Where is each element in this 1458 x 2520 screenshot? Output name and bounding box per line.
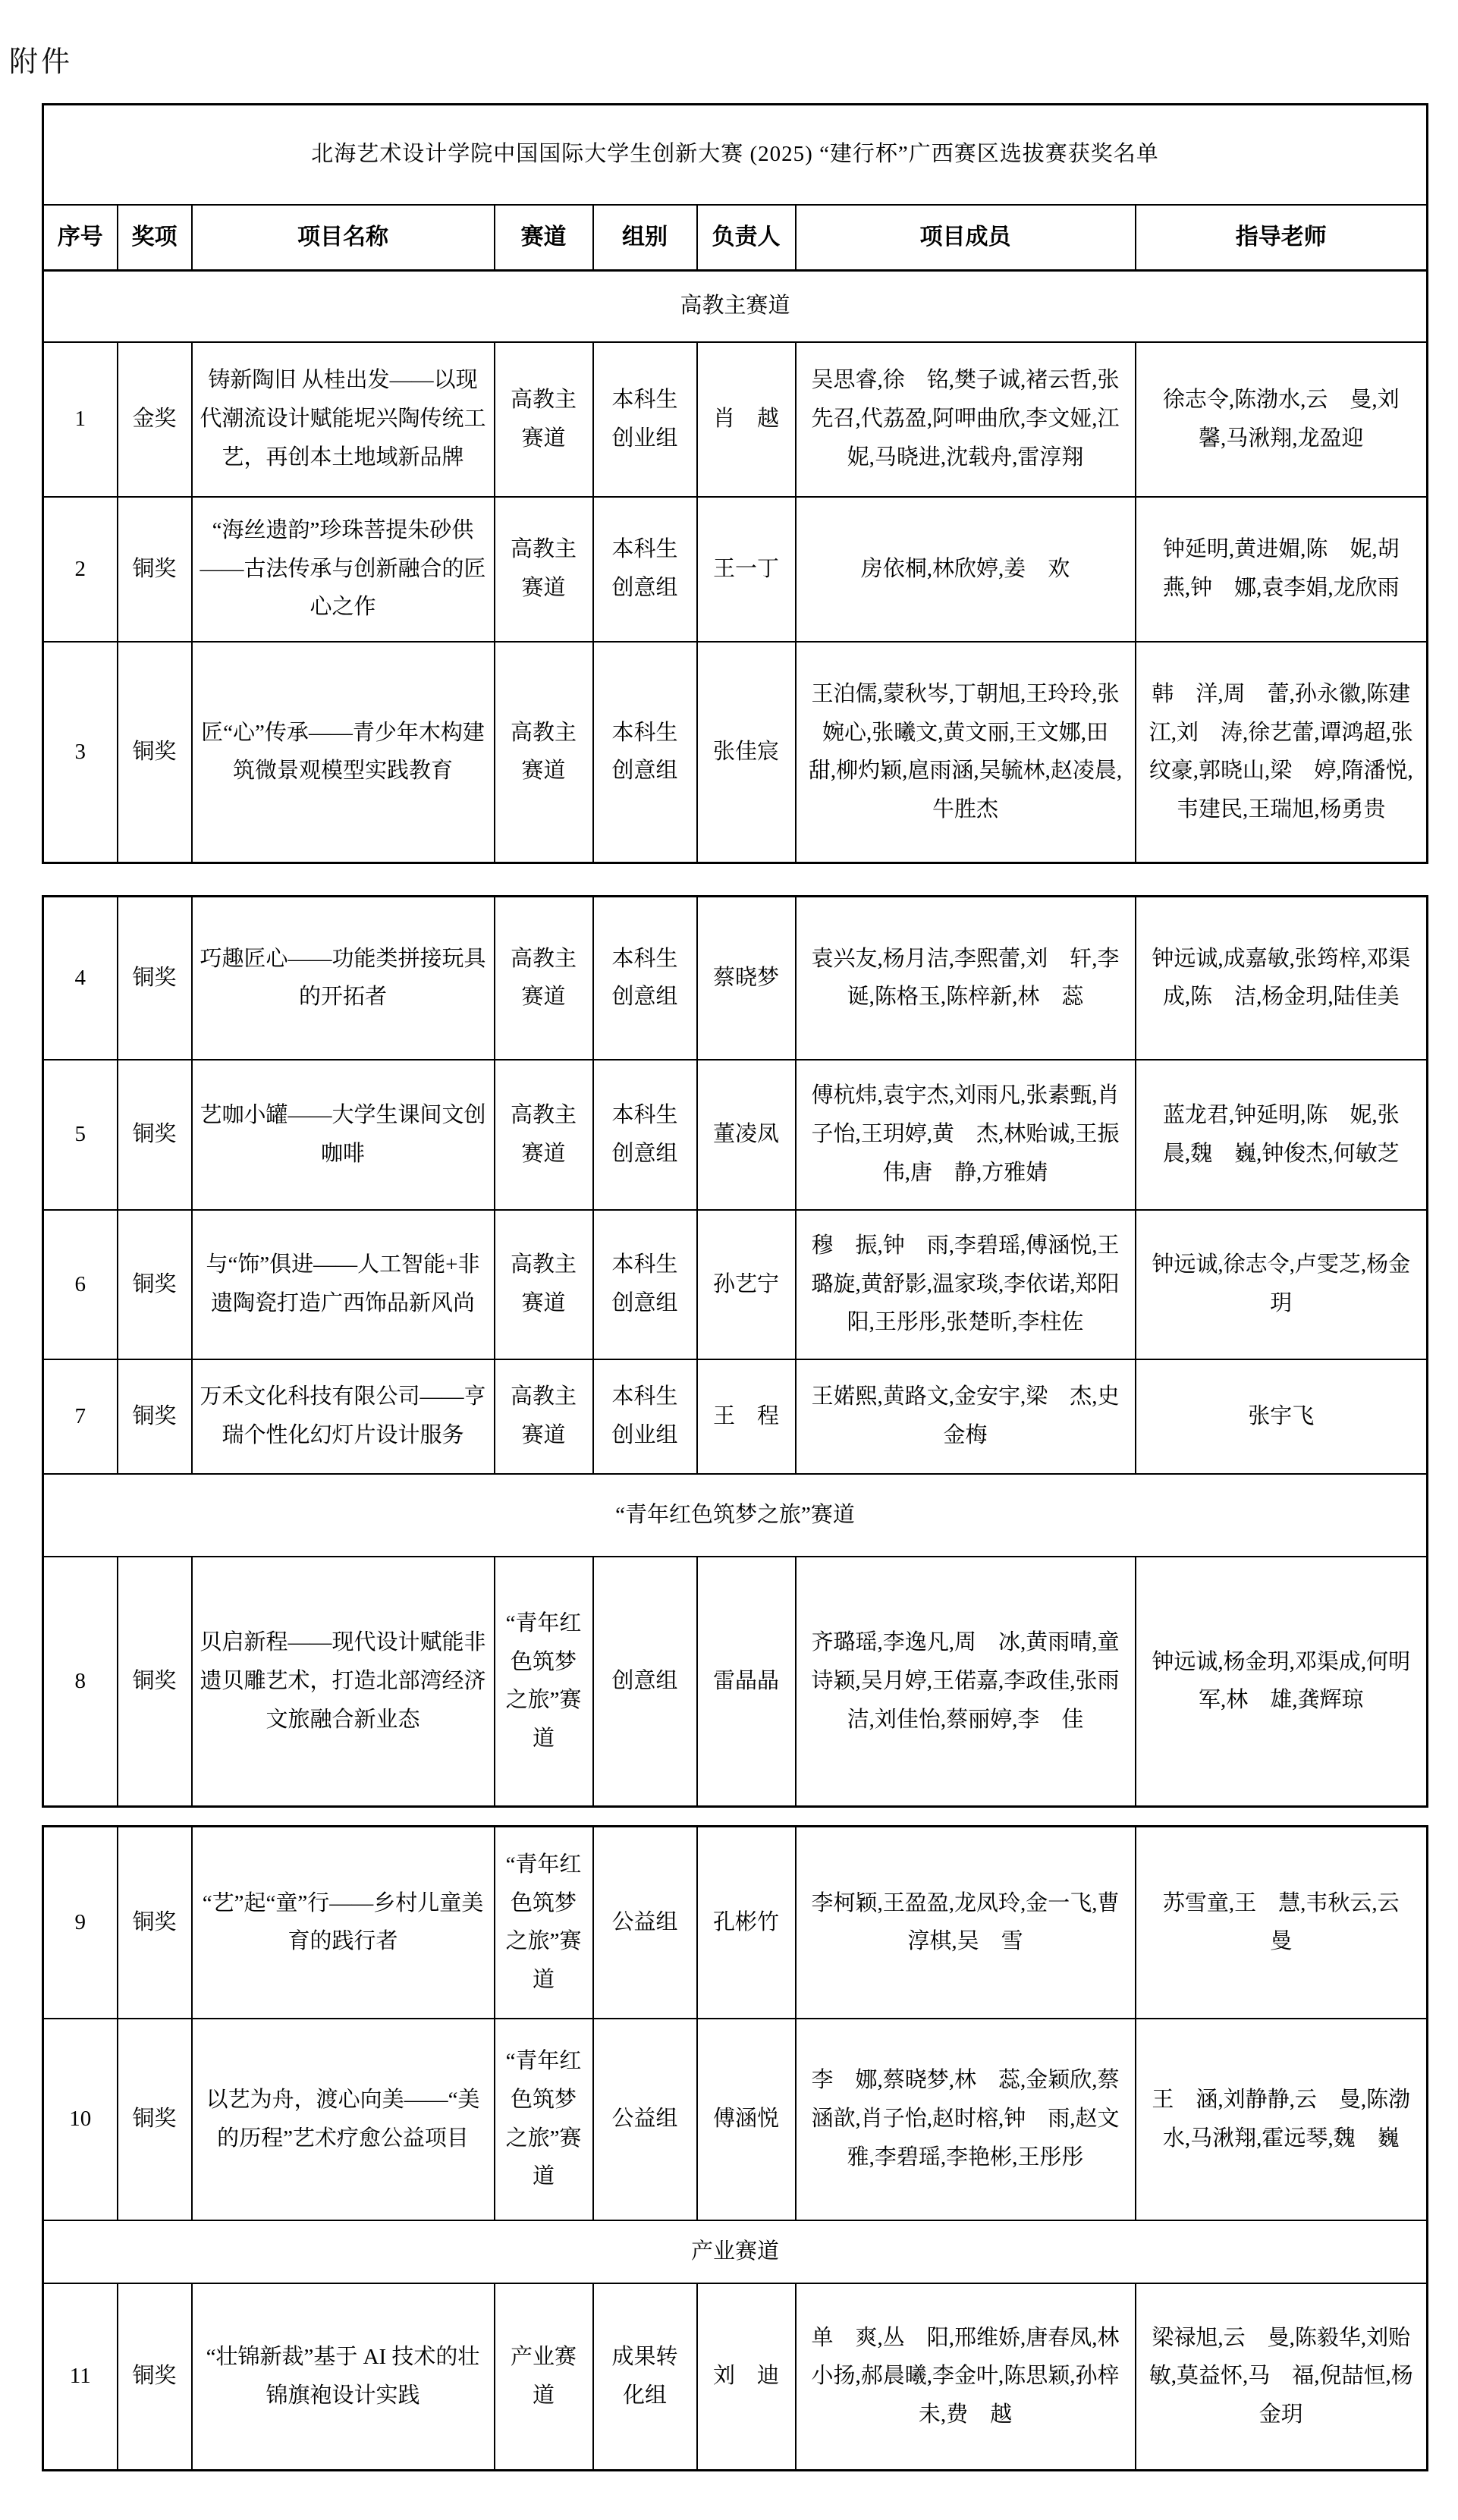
cell-track: 高教主赛道 (495, 1359, 593, 1474)
cell-advisors: 钟延明,黄进媚,陈 妮,胡 燕,钟 娜,袁李娟,龙欣雨 (1136, 497, 1428, 642)
column-header: 奖项 (118, 205, 192, 271)
cell-track: 高教主赛道 (495, 897, 593, 1060)
cell-members: 单 爽,丛 阳,邢维娇,唐春凤,林小扬,郝晨曦,李金叶,陈思颖,孙梓未,费 越 (796, 2283, 1136, 2471)
cell-project: 巧趣匠心——功能类拼接玩具的开拓者 (192, 897, 495, 1060)
cell-no: 9 (43, 1827, 118, 2019)
cell-award: 金奖 (118, 342, 192, 497)
cell-track: “青年红色筑梦之旅”赛道 (495, 2019, 593, 2220)
cell-track: 高教主赛道 (495, 1210, 593, 1359)
cell-award: 铜奖 (118, 897, 192, 1060)
cell-project: 艺咖小罐——大学生课间文创咖啡 (192, 1060, 495, 1210)
cell-members: 李 娜,蔡晓梦,林 蕊,金颖欣,蔡涵歆,肖子怡,赵时榕,钟 雨,赵文雅,李碧瑶,… (796, 2019, 1136, 2220)
cell-group: 本科生创意组 (593, 1060, 697, 1210)
cell-no: 8 (43, 1557, 118, 1807)
cell-leader: 董凌凤 (697, 1060, 796, 1210)
cell-project: “艺”起“童”行——乡村儿童美育的践行者 (192, 1827, 495, 2019)
cell-group: 公益组 (593, 1827, 697, 2019)
cell-no: 2 (43, 497, 118, 642)
attachment-label: 附件 (9, 38, 73, 80)
cell-award: 铜奖 (118, 497, 192, 642)
cell-no: 3 (43, 642, 118, 863)
cell-advisors: 钟远诚,成嘉敏,张筠梓,邓渠成,陈 洁,杨金玥,陆佳美 (1136, 897, 1428, 1060)
cell-leader: 雷晶晶 (697, 1557, 796, 1807)
cell-advisors: 徐志令,陈渤水,云 曼,刘 馨,马湫翔,龙盈迎 (1136, 342, 1428, 497)
awards-table-segment-2: 4铜奖巧趣匠心——功能类拼接玩具的开拓者高教主赛道本科生创意组蔡晓梦袁兴友,杨月… (42, 895, 1428, 1808)
cell-leader: 孔彬竹 (697, 1827, 796, 2019)
cell-project: 以艺为舟，渡心向美——“美的历程”艺术疗愈公益项目 (192, 2019, 495, 2220)
table-row: 8铜奖贝启新程——现代设计赋能非遗贝雕艺术，打造北部湾经济文旅融合新业态“青年红… (43, 1557, 1428, 1807)
cell-group: 本科生创意组 (593, 642, 697, 863)
column-header: 赛道 (495, 205, 593, 271)
awards-table-segment-3: 9铜奖“艺”起“童”行——乡村儿童美育的践行者“青年红色筑梦之旅”赛道公益组孔彬… (42, 1825, 1428, 2471)
cell-project: 贝启新程——现代设计赋能非遗贝雕艺术，打造北部湾经济文旅融合新业态 (192, 1557, 495, 1807)
cell-track: 高教主赛道 (495, 1060, 593, 1210)
table-row: 2铜奖“海丝遗韵”珍珠菩提朱砂供——古法传承与创新融合的匠心之作高教主赛道本科生… (43, 497, 1428, 642)
cell-project: 铸新陶旧 从桂出发——以现代潮流设计赋能坭兴陶传统工艺，再创本土地域新品牌 (192, 342, 495, 497)
section-row: “青年红色筑梦之旅”赛道 (43, 1474, 1428, 1557)
table-row: 6铜奖与“饰”俱进——人工智能+非遗陶瓷打造广西饰品新风尚高教主赛道本科生创意组… (43, 1210, 1428, 1359)
cell-group: 本科生创业组 (593, 342, 697, 497)
cell-award: 铜奖 (118, 1210, 192, 1359)
table-row: 1金奖铸新陶旧 从桂出发——以现代潮流设计赋能坭兴陶传统工艺，再创本土地域新品牌… (43, 342, 1428, 497)
cell-advisors: 梁禄旭,云 曼,陈毅华,刘贻敏,莫益怀,马 福,倪喆恒,杨金玥 (1136, 2283, 1428, 2471)
cell-advisors: 韩 洋,周 蕾,孙永徽,陈建江,刘 涛,徐艺蕾,谭鸿超,张纹豪,郭晓山,梁 婷,… (1136, 642, 1428, 863)
cell-track: 高教主赛道 (495, 342, 593, 497)
cell-track: 高教主赛道 (495, 642, 593, 863)
cell-no: 5 (43, 1060, 118, 1210)
column-header-row: 序号奖项项目名称赛道组别负责人项目成员指导老师 (43, 205, 1428, 271)
cell-leader: 蔡晓梦 (697, 897, 796, 1060)
cell-group: 创意组 (593, 1557, 697, 1807)
cell-members: 吴思睿,徐 铭,樊子诚,褚云哲,张先召,代荔盈,阿呷曲欣,李文娅,江 妮,马晓进… (796, 342, 1136, 497)
column-header: 指导老师 (1136, 205, 1428, 271)
section-row: 产业赛道 (43, 2220, 1428, 2283)
cell-group: 成果转化组 (593, 2283, 697, 2471)
cell-award: 铜奖 (118, 2019, 192, 2220)
cell-members: 王泊儒,蒙秋岑,丁朝旭,王玲玲,张婉心,张曦文,黄文丽,王文娜,田 甜,柳灼颖,… (796, 642, 1136, 863)
cell-award: 铜奖 (118, 2283, 192, 2471)
cell-track: 高教主赛道 (495, 497, 593, 642)
cell-leader: 孙艺宁 (697, 1210, 796, 1359)
cell-no: 6 (43, 1210, 118, 1359)
section-label: “青年红色筑梦之旅”赛道 (43, 1474, 1428, 1557)
column-header: 负责人 (697, 205, 796, 271)
table-title: 北海艺术设计学院中国国际大学生创新大赛 (2025) “建行杯”广西赛区选拔赛获… (43, 105, 1428, 205)
cell-no: 1 (43, 342, 118, 497)
section-label: 产业赛道 (43, 2220, 1428, 2283)
cell-members: 王婼熙,黄路文,金安宇,梁 杰,史金梅 (796, 1359, 1136, 1474)
cell-group: 本科生创意组 (593, 897, 697, 1060)
table-row: 5铜奖艺咖小罐——大学生课间文创咖啡高教主赛道本科生创意组董凌凤傅杭炜,袁宇杰,… (43, 1060, 1428, 1210)
cell-leader: 王一丁 (697, 497, 796, 642)
cell-project: 与“饰”俱进——人工智能+非遗陶瓷打造广西饰品新风尚 (192, 1210, 495, 1359)
column-header: 项目名称 (192, 205, 495, 271)
cell-members: 齐璐瑶,李逸凡,周 冰,黄雨晴,童诗颖,吴月婷,王偌嘉,李政佳,张雨洁,刘佳怡,… (796, 1557, 1136, 1807)
cell-award: 铜奖 (118, 1557, 192, 1807)
cell-advisors: 苏雪童,王 慧,韦秋云,云 曼 (1136, 1827, 1428, 2019)
section-row: 高教主赛道 (43, 271, 1428, 342)
cell-track: “青年红色筑梦之旅”赛道 (495, 1557, 593, 1807)
cell-award: 铜奖 (118, 1827, 192, 2019)
cell-leader: 肖 越 (697, 342, 796, 497)
table-row: 4铜奖巧趣匠心——功能类拼接玩具的开拓者高教主赛道本科生创意组蔡晓梦袁兴友,杨月… (43, 897, 1428, 1060)
cell-members: 穆 振,钟 雨,李碧瑶,傅涵悦,王璐旋,黄舒影,温家琰,李依诺,郑阳阳,王彤彤,… (796, 1210, 1136, 1359)
cell-advisors: 蓝龙君,钟延明,陈 妮,张 晨,魏 巍,钟俊杰,何敏芝 (1136, 1060, 1428, 1210)
section-label: 高教主赛道 (43, 271, 1428, 342)
cell-project: “海丝遗韵”珍珠菩提朱砂供——古法传承与创新融合的匠心之作 (192, 497, 495, 642)
column-header: 序号 (43, 205, 118, 271)
cell-project: 万禾文化科技有限公司——亨瑞个性化幻灯片设计服务 (192, 1359, 495, 1474)
cell-members: 李柯颖,王盈盈,龙凤玲,金一飞,曹淳棋,吴 雪 (796, 1827, 1136, 2019)
table-row: 9铜奖“艺”起“童”行——乡村儿童美育的践行者“青年红色筑梦之旅”赛道公益组孔彬… (43, 1827, 1428, 2019)
cell-leader: 张佳宸 (697, 642, 796, 863)
cell-project: “壮锦新裁”基于 AI 技术的壮锦旗袍设计实践 (192, 2283, 495, 2471)
cell-group: 本科生创业组 (593, 1359, 697, 1474)
cell-track: “青年红色筑梦之旅”赛道 (495, 1827, 593, 2019)
cell-award: 铜奖 (118, 1359, 192, 1474)
table-row: 11铜奖“壮锦新裁”基于 AI 技术的壮锦旗袍设计实践产业赛道成果转化组刘 迪单… (43, 2283, 1428, 2471)
cell-group: 本科生创意组 (593, 1210, 697, 1359)
cell-members: 袁兴友,杨月洁,李熙蕾,刘 轩,李 诞,陈格玉,陈梓新,林 蕊 (796, 897, 1136, 1060)
cell-award: 铜奖 (118, 642, 192, 863)
cell-advisors: 钟远诚,徐志令,卢雯芝,杨金玥 (1136, 1210, 1428, 1359)
cell-no: 4 (43, 897, 118, 1060)
table-row: 10铜奖以艺为舟，渡心向美——“美的历程”艺术疗愈公益项目“青年红色筑梦之旅”赛… (43, 2019, 1428, 2220)
cell-no: 11 (43, 2283, 118, 2471)
cell-leader: 刘 迪 (697, 2283, 796, 2471)
cell-project: 匠“心”传承——青少年木构建筑微景观模型实践教育 (192, 642, 495, 863)
cell-group: 公益组 (593, 2019, 697, 2220)
cell-award: 铜奖 (118, 1060, 192, 1210)
cell-group: 本科生创意组 (593, 497, 697, 642)
cell-track: 产业赛道 (495, 2283, 593, 2471)
table-row: 7铜奖万禾文化科技有限公司——亨瑞个性化幻灯片设计服务高教主赛道本科生创业组王 … (43, 1359, 1428, 1474)
cell-no: 10 (43, 2019, 118, 2220)
cell-members: 房依桐,林欣婷,姜 欢 (796, 497, 1136, 642)
cell-leader: 王 程 (697, 1359, 796, 1474)
cell-advisors: 钟远诚,杨金玥,邓渠成,何明军,林 雄,龚辉琼 (1136, 1557, 1428, 1807)
column-header: 组别 (593, 205, 697, 271)
cell-members: 傅杭炜,袁宇杰,刘雨凡,张素甄,肖子怡,王玥婷,黄 杰,林贻诚,王振伟,唐 静,… (796, 1060, 1136, 1210)
column-header: 项目成员 (796, 205, 1136, 271)
table-row: 3铜奖匠“心”传承——青少年木构建筑微景观模型实践教育高教主赛道本科生创意组张佳… (43, 642, 1428, 863)
title-row: 北海艺术设计学院中国国际大学生创新大赛 (2025) “建行杯”广西赛区选拔赛获… (43, 105, 1428, 205)
cell-advisors: 王 涵,刘静静,云 曼,陈渤水,马湫翔,霍远琴,魏 巍 (1136, 2019, 1428, 2220)
cell-advisors: 张宇飞 (1136, 1359, 1428, 1474)
cell-leader: 傅涵悦 (697, 2019, 796, 2220)
cell-no: 7 (43, 1359, 118, 1474)
awards-table-segment-1: 北海艺术设计学院中国国际大学生创新大赛 (2025) “建行杯”广西赛区选拔赛获… (42, 103, 1428, 864)
